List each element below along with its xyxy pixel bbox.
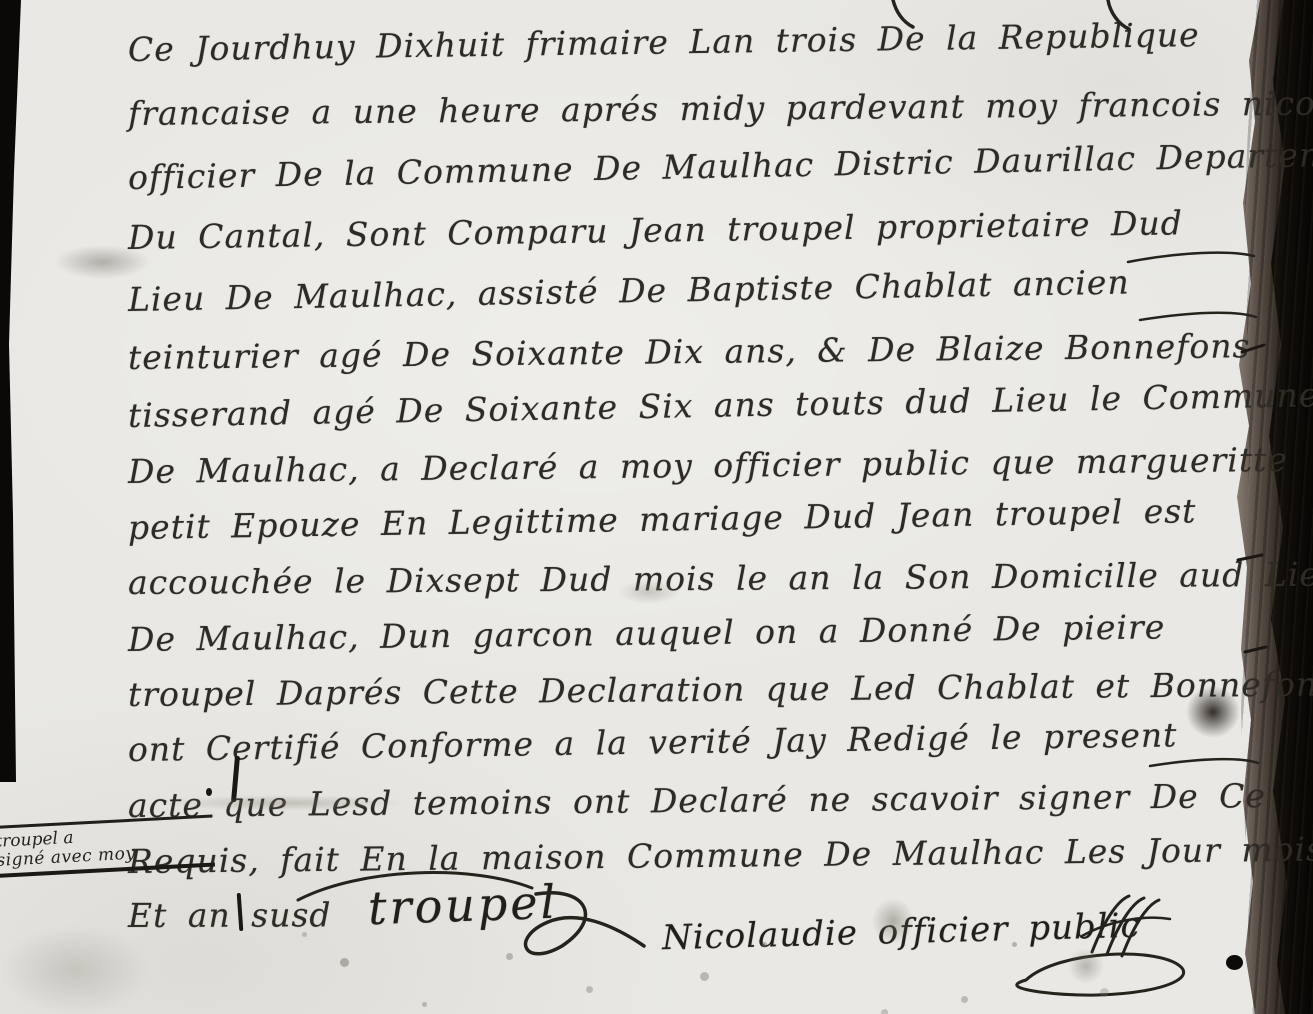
manuscript-line: Requis, fait En la maison Commune De Mau… [128,829,1313,881]
manuscript-line: Lieu De Maulhac, assisté De Baptiste Cha… [128,263,1130,319]
manuscript-line: francaise a une heure aprés midy pardeva… [128,83,1313,133]
manuscript-line: De Maulhac, Dun garcon auquel on a Donné… [128,607,1166,659]
signature-swoosh [1017,954,1184,995]
scan-left-edge [0,0,26,782]
paper-specks [340,958,349,967]
manuscript-line: tisserand agé De Soixante Six ans touts … [128,375,1313,435]
manuscript-line: ont Certifié Conforme a la verité Jay Re… [128,715,1178,769]
manuscript-line: Et an susd [128,895,332,935]
manuscript-line: teinturier agé De Soixante Dix ans, & De… [128,326,1251,377]
ink-mark [206,788,212,796]
manuscript-line: accouchée le Dixsept Dud mois le an la S… [128,555,1313,602]
manuscript-line: troupel Daprés Cette Declaration que Led… [128,664,1313,714]
corner-smudge [0,925,150,1014]
manuscript-page: Ce Jourdhuy Dixhuit frimaire Lan trois D… [0,0,1313,1014]
manuscript-line: De Maulhac, a Declaré a moy officier pub… [128,440,1288,491]
manuscript-line: acte que Lesd temoins ont Declaré ne sca… [128,776,1266,825]
signature-troupel: troupel [367,875,559,936]
manuscript-line: Du Cantal, Sont Comparu Jean troupel pro… [128,203,1183,257]
manuscript-line: Ce Jourdhuy Dixhuit frimaire Lan trois D… [128,15,1200,69]
signature-nicolaudie: Nicolaudie officier public [662,906,1141,959]
ink-dot [1226,955,1243,970]
ink-stain [1068,948,1104,984]
manuscript-line: petit Epouze En Legittime mariage Dud Je… [128,491,1197,547]
manuscript-line: officier De la Commune De Maulhac Distri… [128,134,1313,197]
